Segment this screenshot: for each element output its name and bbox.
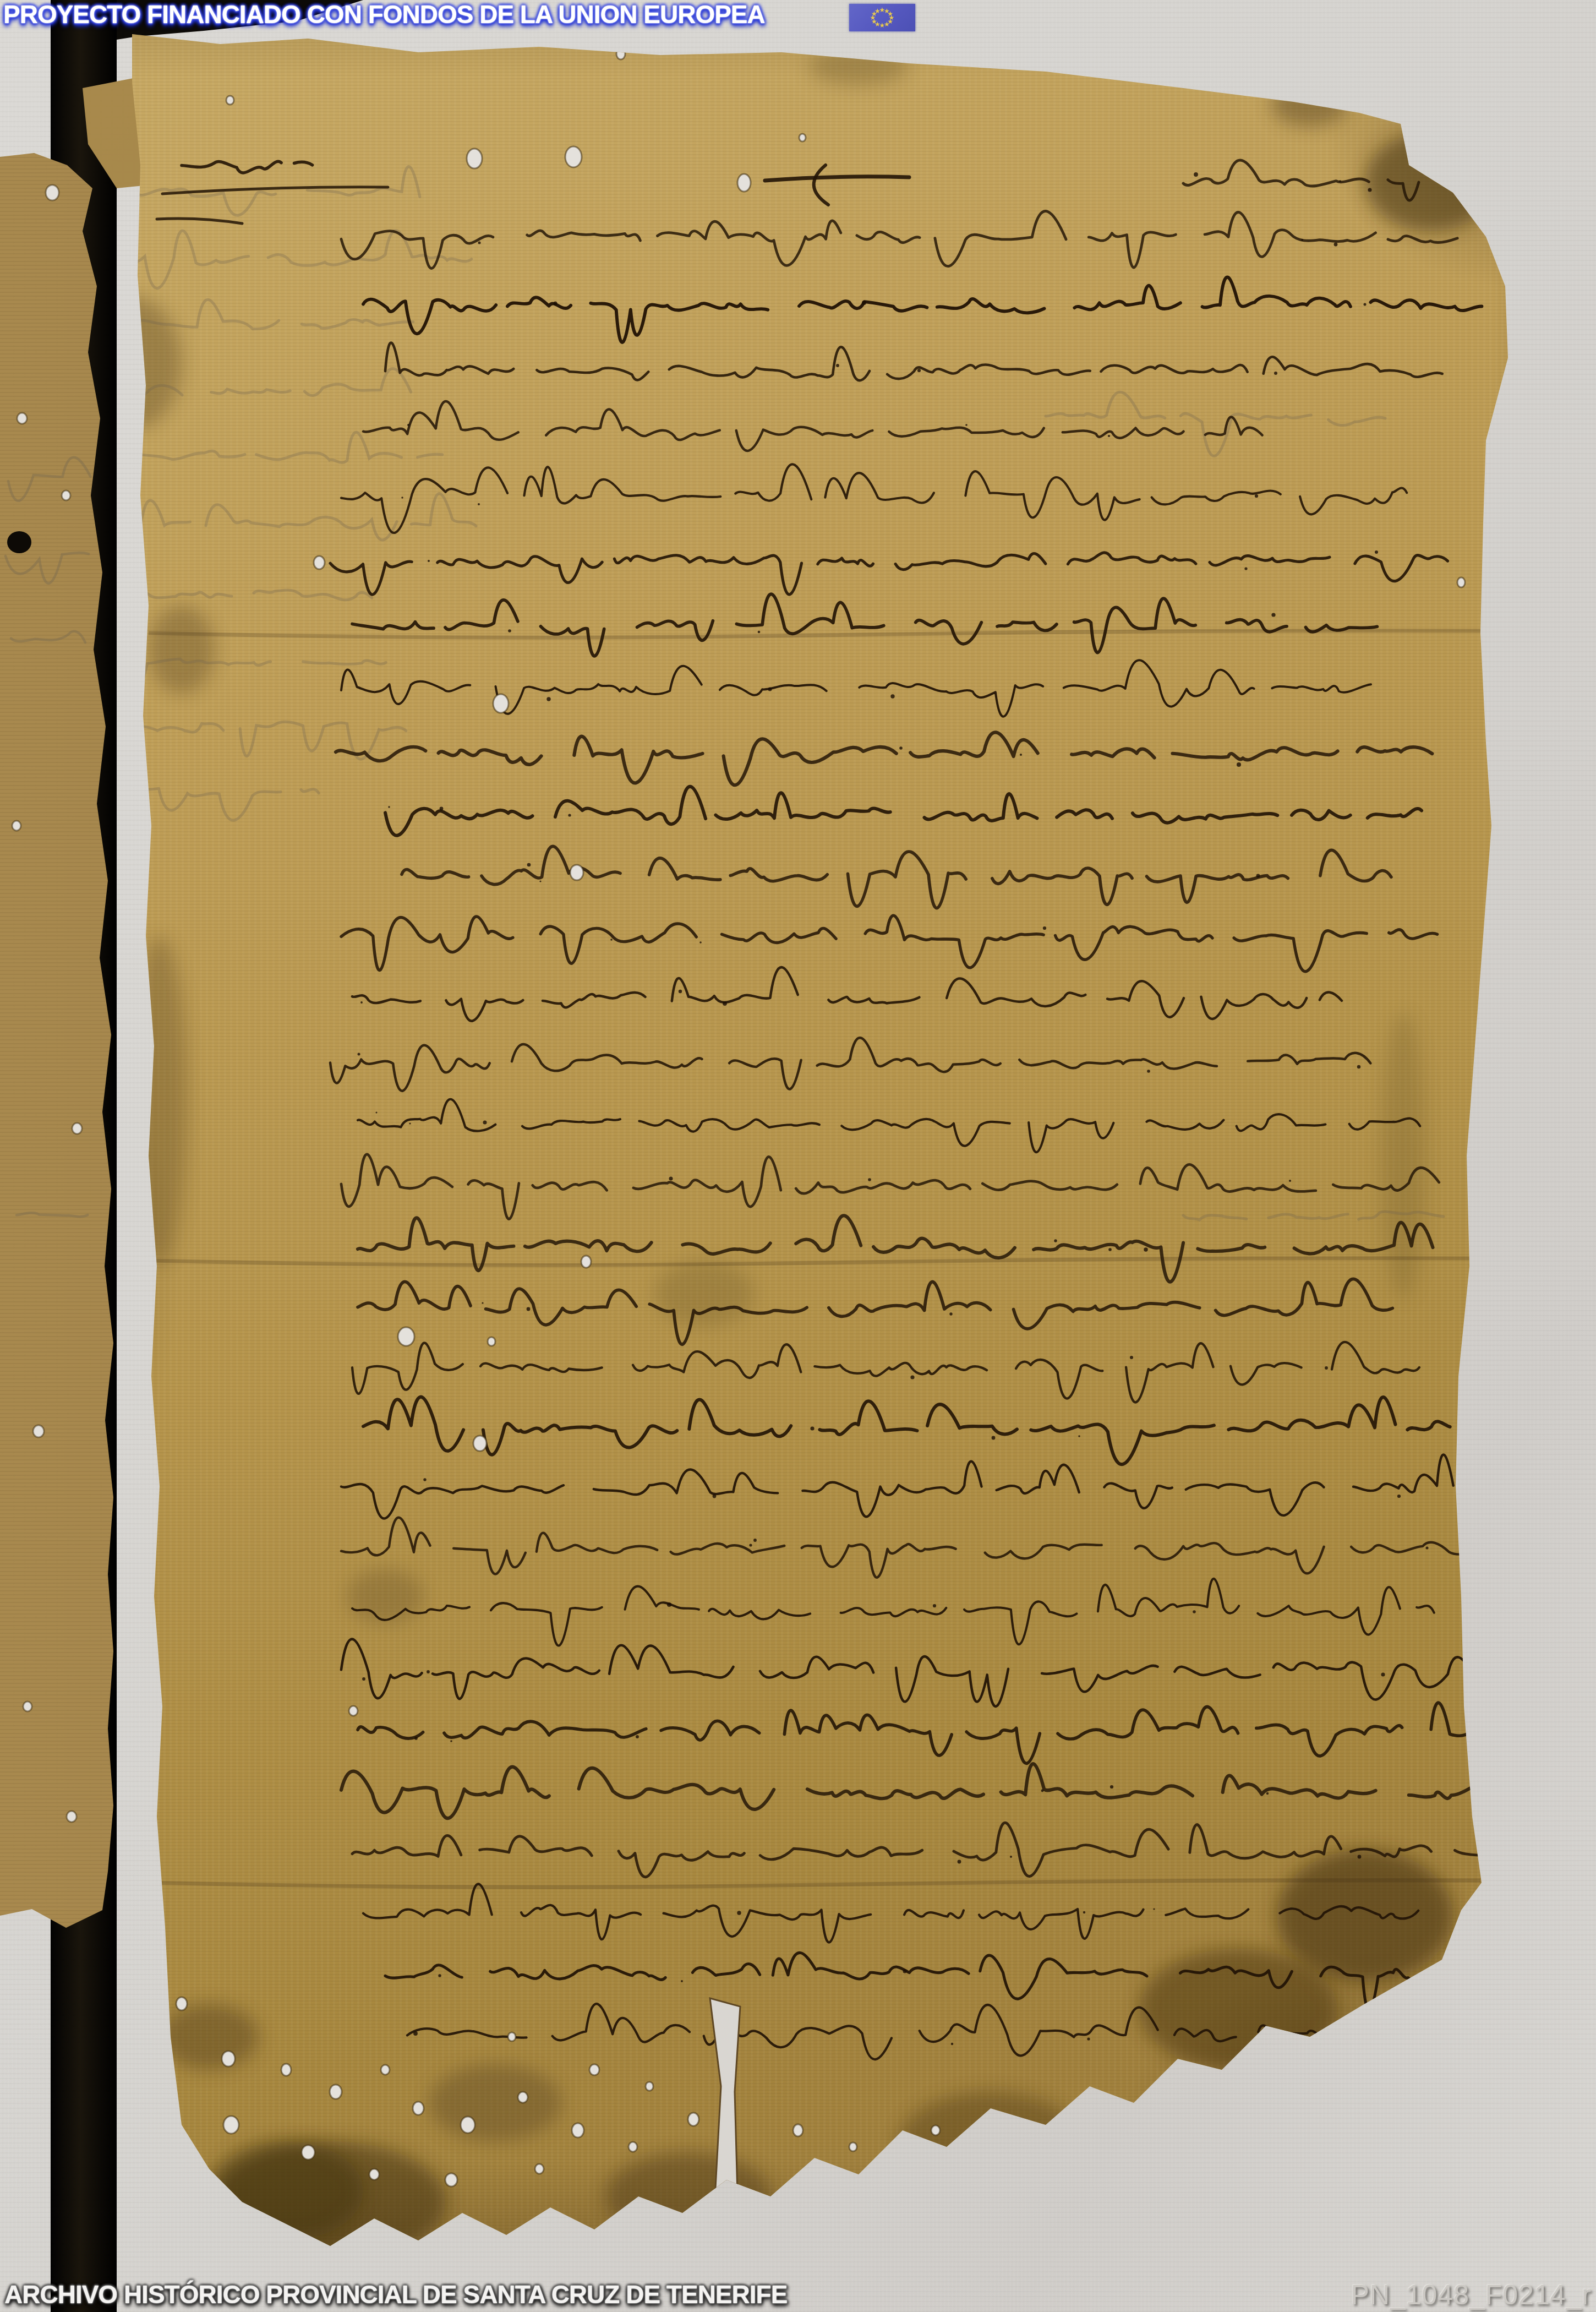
worm-hole bbox=[349, 1706, 358, 1716]
ink-spatter bbox=[1153, 1908, 1155, 1910]
top-cross-mark bbox=[765, 177, 909, 181]
ink-spatter bbox=[1083, 1911, 1085, 1913]
script-line bbox=[358, 1215, 1433, 1282]
stain bbox=[1365, 132, 1497, 231]
ink-spatter bbox=[1193, 1610, 1196, 1613]
script-line bbox=[352, 1342, 1419, 1403]
ink-spatter bbox=[1010, 1856, 1012, 1858]
ink-spatter bbox=[1301, 239, 1303, 241]
script-line bbox=[363, 1884, 1418, 1942]
ink-spatter bbox=[1108, 435, 1110, 437]
stain bbox=[209, 2141, 363, 2240]
worm-hole bbox=[135, 2108, 145, 2119]
ink-spatter bbox=[917, 369, 921, 372]
ink-spatter bbox=[723, 1001, 727, 1006]
ink-spatter bbox=[768, 688, 772, 691]
ink-spatter bbox=[438, 1974, 441, 1977]
ink-spatter bbox=[810, 1426, 814, 1430]
ink-spatter bbox=[554, 302, 557, 306]
script-line bbox=[352, 594, 1377, 656]
stain bbox=[132, 936, 187, 1266]
ink-spatter bbox=[401, 497, 403, 498]
archive-name-label: ARCHIVO HISTÓRICO PROVINCIAL DE SANTA CR… bbox=[4, 2280, 787, 2309]
ink-spatter bbox=[681, 1980, 683, 1982]
ink-spatter bbox=[1054, 1239, 1057, 1242]
ink-spatter bbox=[1266, 1792, 1269, 1795]
stain bbox=[1381, 1013, 1425, 1299]
ink-spatter bbox=[868, 1178, 871, 1181]
ink-spatter bbox=[478, 242, 481, 244]
worm-hole bbox=[799, 134, 806, 141]
worm-hole bbox=[1457, 577, 1465, 587]
script-line bbox=[363, 401, 1262, 451]
worm-hole bbox=[628, 2142, 637, 2152]
script-line bbox=[330, 1038, 1370, 1091]
ink-spatter bbox=[992, 1436, 996, 1440]
ink-spatter bbox=[360, 1001, 363, 1004]
stain bbox=[1277, 1850, 1453, 1982]
script-line bbox=[358, 1703, 1471, 1763]
worm-hole bbox=[67, 1811, 76, 1822]
stain bbox=[160, 2004, 259, 2070]
ghost-script-line bbox=[116, 590, 372, 600]
worm-hole bbox=[222, 2051, 235, 2066]
script-line bbox=[341, 915, 1438, 972]
script-line bbox=[363, 1397, 1450, 1464]
ink-spatter bbox=[388, 806, 390, 808]
stain bbox=[605, 2152, 770, 2240]
worm-hole bbox=[616, 48, 625, 59]
ink-spatter bbox=[1108, 1248, 1112, 1251]
ink-spatter bbox=[409, 1122, 411, 1124]
worm-hole bbox=[535, 2164, 544, 2174]
worm-hole bbox=[330, 2085, 342, 2099]
top-banner: PROYECTO FINANCIADO CON FONDOS DE LA UNI… bbox=[3, 0, 765, 29]
ink-spatter bbox=[749, 1544, 752, 1546]
strip-ghost-line bbox=[11, 631, 85, 642]
ink-spatter bbox=[910, 1375, 914, 1379]
script-line bbox=[352, 967, 1342, 1021]
ink-spatter bbox=[951, 2043, 953, 2045]
worm-hole bbox=[508, 2032, 516, 2041]
marginalia-underline bbox=[157, 219, 242, 223]
worm-hole bbox=[176, 1997, 187, 2010]
worm-hole bbox=[688, 2113, 699, 2126]
strip-ghost-line bbox=[8, 457, 90, 501]
ink-spatter bbox=[890, 694, 894, 698]
worm-hole bbox=[461, 2117, 475, 2133]
ink-spatter bbox=[1358, 1855, 1362, 1859]
ink-spatter bbox=[713, 1495, 717, 1498]
top-cross-crescent bbox=[814, 165, 828, 205]
ink-spatter bbox=[1289, 1180, 1291, 1182]
script-line bbox=[341, 1518, 1482, 1578]
script-line bbox=[341, 1639, 1471, 1706]
ink-spatter bbox=[450, 1740, 452, 1742]
worm-hole bbox=[572, 2123, 584, 2137]
ink-spatter bbox=[440, 807, 444, 811]
worm-hole bbox=[849, 2142, 857, 2151]
strip-ghost-line bbox=[17, 1213, 88, 1217]
stain bbox=[1271, 83, 1348, 127]
ink-spatter bbox=[636, 1735, 639, 1738]
worm-hole bbox=[413, 2102, 424, 2115]
worm-hole bbox=[72, 1123, 82, 1134]
ink-spatter bbox=[527, 1307, 531, 1311]
worm-hole bbox=[33, 1425, 44, 1437]
worm-hole bbox=[62, 490, 70, 500]
ink-spatter bbox=[669, 1177, 673, 1181]
eu-stars-icon: ★★★★★★★★★★★★ bbox=[849, 4, 915, 31]
ink-spatter bbox=[376, 1112, 378, 1114]
flag-star: ★ bbox=[874, 7, 881, 15]
script-line bbox=[336, 732, 1432, 785]
ink-spatter bbox=[1043, 926, 1046, 930]
ink-spatter bbox=[862, 301, 866, 305]
stain bbox=[897, 2092, 1084, 2202]
ink-spatter bbox=[428, 560, 430, 562]
ghost-script-line bbox=[88, 369, 411, 407]
worm-hole bbox=[226, 96, 234, 105]
ink-spatter bbox=[758, 631, 761, 634]
stain bbox=[809, 47, 908, 85]
worm-hole bbox=[281, 2064, 291, 2076]
archival-scan: PROYECTO FINANCIADO CON FONDOS DE LA UNI… bbox=[0, 0, 1596, 2312]
ink-spatter bbox=[414, 1737, 418, 1740]
worm-hole bbox=[398, 1327, 414, 1346]
ink-spatter bbox=[1274, 372, 1277, 375]
script-line bbox=[341, 1764, 1504, 1818]
ink-spatter bbox=[699, 941, 702, 944]
script-line bbox=[352, 1579, 1434, 1646]
ink-spatter bbox=[358, 1053, 360, 1056]
ink-spatter bbox=[965, 424, 968, 426]
worm-hole bbox=[1144, 2092, 1157, 2108]
worm-hole bbox=[565, 146, 582, 167]
ink-spatter bbox=[753, 1539, 757, 1542]
bottom-banner: ARCHIVO HISTÓRICO PROVINCIAL DE SANTA CR… bbox=[4, 2280, 787, 2309]
worm-hole bbox=[488, 1337, 495, 1346]
ghost-script-line bbox=[94, 494, 476, 540]
ink-spatter bbox=[413, 2031, 418, 2036]
handwriting-layer bbox=[0, 0, 1596, 2312]
worm-hole bbox=[1200, 2125, 1210, 2136]
fold-crease bbox=[149, 631, 1480, 638]
worm-hole bbox=[570, 865, 583, 880]
ink-spatter bbox=[1237, 762, 1241, 767]
worm-hole bbox=[23, 1702, 32, 1711]
ink-spatter bbox=[1087, 2037, 1090, 2040]
ink-spatter bbox=[427, 1670, 430, 1673]
stain bbox=[1139, 1949, 1337, 2070]
ink-spatter bbox=[737, 1911, 741, 1915]
worm-hole bbox=[12, 821, 21, 831]
worm-hole bbox=[473, 1436, 487, 1451]
ink-spatter bbox=[1020, 754, 1022, 756]
ink-spatter bbox=[1397, 1495, 1401, 1498]
worm-hole bbox=[445, 2173, 457, 2186]
worm-hole bbox=[518, 2092, 528, 2103]
worm-hole bbox=[131, 1653, 139, 1661]
worm-hole bbox=[223, 2116, 239, 2134]
ink-spatter bbox=[1041, 1790, 1044, 1792]
ghost-script-line bbox=[1046, 392, 1385, 456]
ink-spatter bbox=[508, 629, 511, 632]
ink-spatter bbox=[1147, 1070, 1150, 1073]
stain bbox=[655, 1261, 754, 1327]
ink-blob bbox=[7, 531, 31, 553]
worm-hole bbox=[17, 413, 27, 424]
ghost-script-line bbox=[110, 432, 442, 462]
script-line bbox=[341, 464, 1407, 533]
funding-banner-label: PROYECTO FINANCIADO CON FONDOS DE LA UNI… bbox=[3, 0, 765, 29]
worm-hole bbox=[793, 2124, 803, 2136]
manuscript-page bbox=[0, 0, 1596, 2312]
worm-hole bbox=[737, 174, 751, 192]
ink-spatter bbox=[1357, 1065, 1360, 1068]
ink-spatter bbox=[1426, 1547, 1429, 1550]
ink-spatter bbox=[1078, 1435, 1080, 1437]
script-line bbox=[341, 211, 1457, 269]
worm-hole bbox=[589, 2064, 599, 2075]
ink-spatter bbox=[483, 1121, 487, 1125]
worm-hole bbox=[314, 556, 325, 569]
script-line bbox=[341, 1455, 1453, 1519]
ink-spatter bbox=[1255, 494, 1258, 498]
stain bbox=[347, 1569, 424, 1624]
worm-hole bbox=[187, 2152, 198, 2164]
ink-spatter bbox=[423, 1478, 426, 1481]
ink-spatter bbox=[407, 424, 409, 426]
ink-spatter bbox=[1368, 188, 1372, 192]
marginalia-annotation bbox=[182, 161, 313, 173]
worm-hole bbox=[493, 694, 509, 713]
worm-hole bbox=[467, 149, 482, 168]
ink-spatter bbox=[1364, 303, 1367, 306]
worm-hole bbox=[369, 2169, 379, 2180]
eu-flag-icon: ★★★★★★★★★★★★ bbox=[849, 4, 915, 31]
script-line bbox=[358, 1279, 1392, 1344]
ink-spatter bbox=[903, 1970, 907, 1973]
worm-hole bbox=[931, 2125, 940, 2135]
ink-spatter bbox=[362, 1677, 365, 1681]
strip-ghost-line bbox=[6, 553, 89, 584]
ink-spatter bbox=[836, 364, 839, 367]
ink-spatter bbox=[667, 1602, 671, 1607]
fold-crease bbox=[149, 1258, 1480, 1266]
worm-hole bbox=[581, 1256, 591, 1268]
worm-hole bbox=[302, 2145, 315, 2160]
fold-crease bbox=[149, 1880, 1480, 1888]
ink-spatter bbox=[933, 1604, 936, 1607]
worm-hole bbox=[646, 2082, 653, 2091]
stain bbox=[149, 606, 215, 694]
stain bbox=[429, 2064, 561, 2141]
ink-spatter bbox=[546, 697, 550, 701]
ink-spatter bbox=[1110, 1785, 1113, 1788]
ink-spatter bbox=[482, 1302, 483, 1304]
ghost-script-line bbox=[94, 166, 420, 215]
reference-code-label: PN_1048_F0214_r bbox=[1351, 2279, 1592, 2311]
script-line bbox=[358, 1099, 1420, 1152]
ink-spatter bbox=[1271, 613, 1275, 617]
worm-hole bbox=[1069, 2114, 1078, 2124]
worm-hole bbox=[139, 2031, 147, 2042]
script-line bbox=[330, 553, 1448, 595]
worm-hole bbox=[381, 2065, 390, 2075]
script-line bbox=[363, 277, 1482, 342]
ink-spatter bbox=[1325, 1366, 1328, 1370]
worm-hole bbox=[46, 185, 59, 200]
script-line bbox=[385, 342, 1442, 380]
script-line bbox=[402, 846, 1391, 908]
worm-hole bbox=[1267, 67, 1277, 79]
script-line bbox=[385, 787, 1422, 836]
ink-spatter bbox=[478, 503, 480, 505]
ink-spatter bbox=[1194, 172, 1198, 177]
ink-spatter bbox=[1144, 1247, 1147, 1251]
ink-spatter bbox=[539, 880, 541, 882]
ink-spatter bbox=[527, 863, 531, 867]
ink-spatter bbox=[899, 746, 903, 750]
ghost-script-line bbox=[99, 788, 319, 820]
ink-spatter bbox=[1256, 874, 1260, 878]
ink-spatter bbox=[1244, 567, 1247, 570]
ink-spatter bbox=[1130, 1356, 1133, 1359]
ink-spatter bbox=[568, 814, 571, 816]
ink-spatter bbox=[1381, 1673, 1385, 1677]
ink-spatter bbox=[949, 1312, 952, 1315]
ink-spatter bbox=[1375, 550, 1378, 554]
ink-spatter bbox=[1339, 180, 1341, 182]
ink-spatter bbox=[1334, 243, 1338, 247]
ink-spatter bbox=[610, 939, 613, 941]
ink-spatter bbox=[679, 990, 682, 993]
ink-spatter bbox=[958, 1860, 961, 1864]
script-line bbox=[341, 1154, 1439, 1219]
